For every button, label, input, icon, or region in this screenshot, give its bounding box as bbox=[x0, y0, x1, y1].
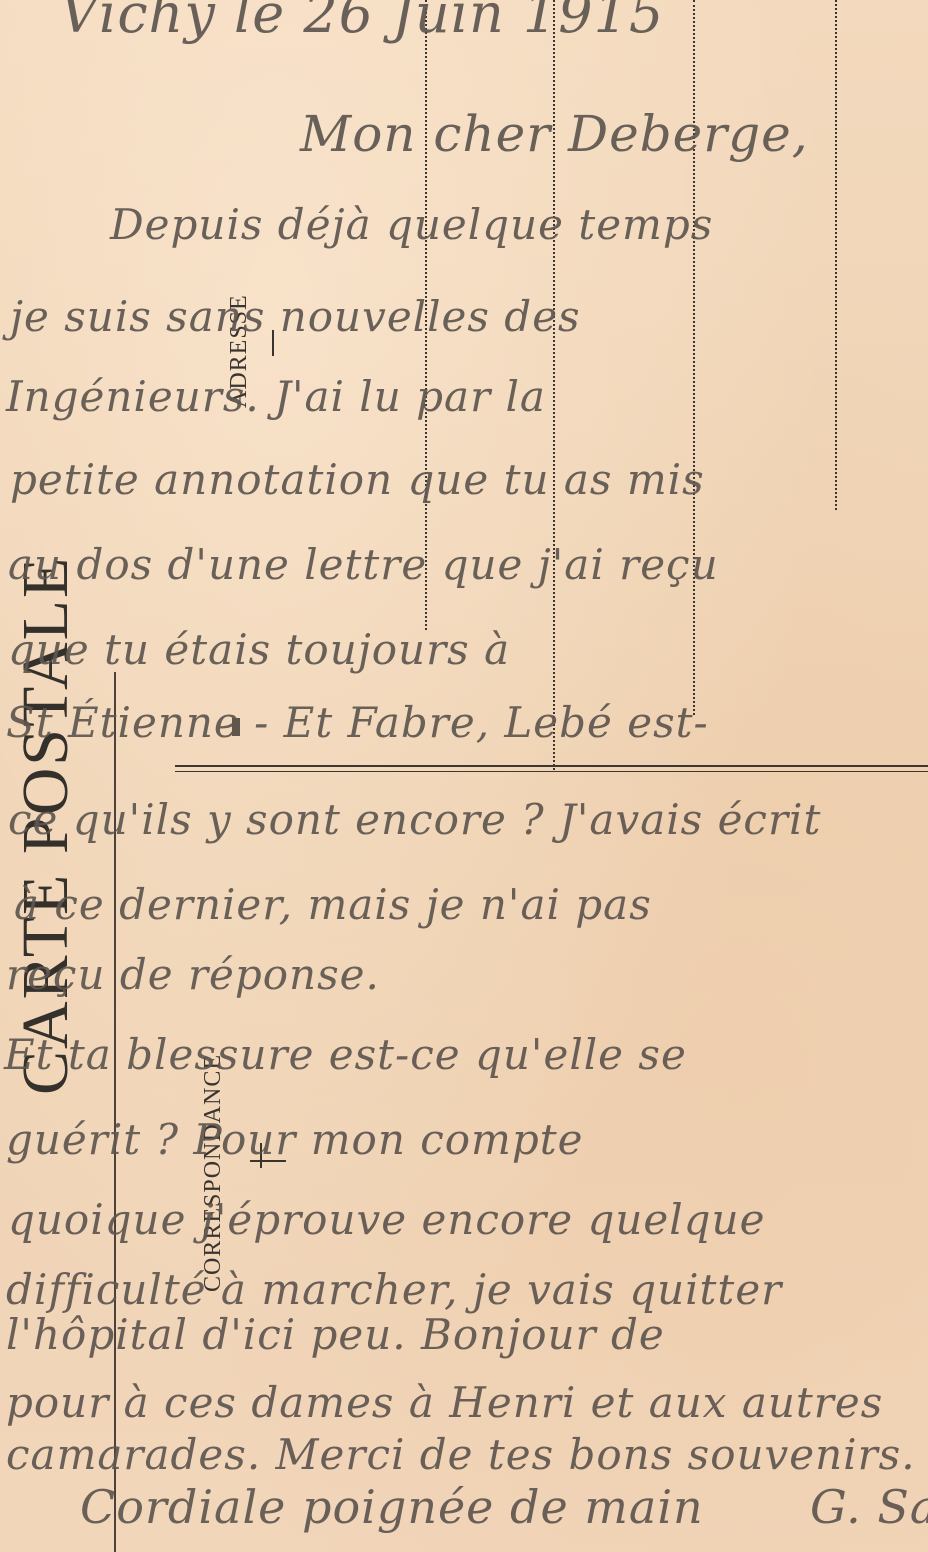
letter-line: petite annotation que tu as mis bbox=[10, 455, 705, 504]
letter-line: pour à ces dames à Henri et aux autres bbox=[6, 1378, 883, 1427]
letter-line: que tu étais toujours à bbox=[8, 625, 510, 674]
address-rule-bottom bbox=[175, 771, 928, 772]
letter-line: ce qu'ils y sont encore ? J'avais écrit bbox=[8, 795, 821, 844]
address-rule-top bbox=[175, 765, 928, 767]
letter-line: guérit ? Pour mon compte bbox=[6, 1115, 584, 1164]
letter-line: camarades. Merci de tes bons souvenirs. bbox=[6, 1430, 916, 1479]
letter-line: je suis sans nouvelles des bbox=[10, 292, 581, 341]
letter-line: à ce dernier, mais je n'ai pas bbox=[14, 880, 652, 929]
letter-line: difficulté à marcher, je vais quitter bbox=[6, 1265, 782, 1314]
letter-line: quoique j'éprouve encore quelque bbox=[8, 1195, 765, 1244]
letter-closing: Cordiale poignée de main bbox=[80, 1480, 704, 1534]
dotted-guide-line-4 bbox=[835, 0, 837, 510]
letter-salutation: Mon cher Deberge, bbox=[300, 105, 809, 163]
letter-dateline: Vichy le 26 Juin 1915 bbox=[60, 0, 664, 45]
letter-line: reçu de réponse. bbox=[6, 950, 380, 999]
letter-signature: G. Sa... bbox=[810, 1480, 928, 1534]
letter-line: Depuis déjà quelque temps bbox=[110, 200, 713, 249]
letter-line: Ingénieurs. J'ai lu par la bbox=[6, 372, 546, 421]
letter-line: l'hôpital d'ici peu. Bonjour de bbox=[6, 1310, 665, 1359]
printed-label-correspondance: CORRESPONDANCE bbox=[200, 1054, 227, 1292]
letter-line: St Étienne - Et Fabre, Lebé est- bbox=[6, 698, 709, 747]
letter-line: au dos d'une lettre que j'ai reçu bbox=[8, 540, 719, 589]
letter-line: Et ta blessure est-ce qu'elle se bbox=[4, 1030, 687, 1079]
